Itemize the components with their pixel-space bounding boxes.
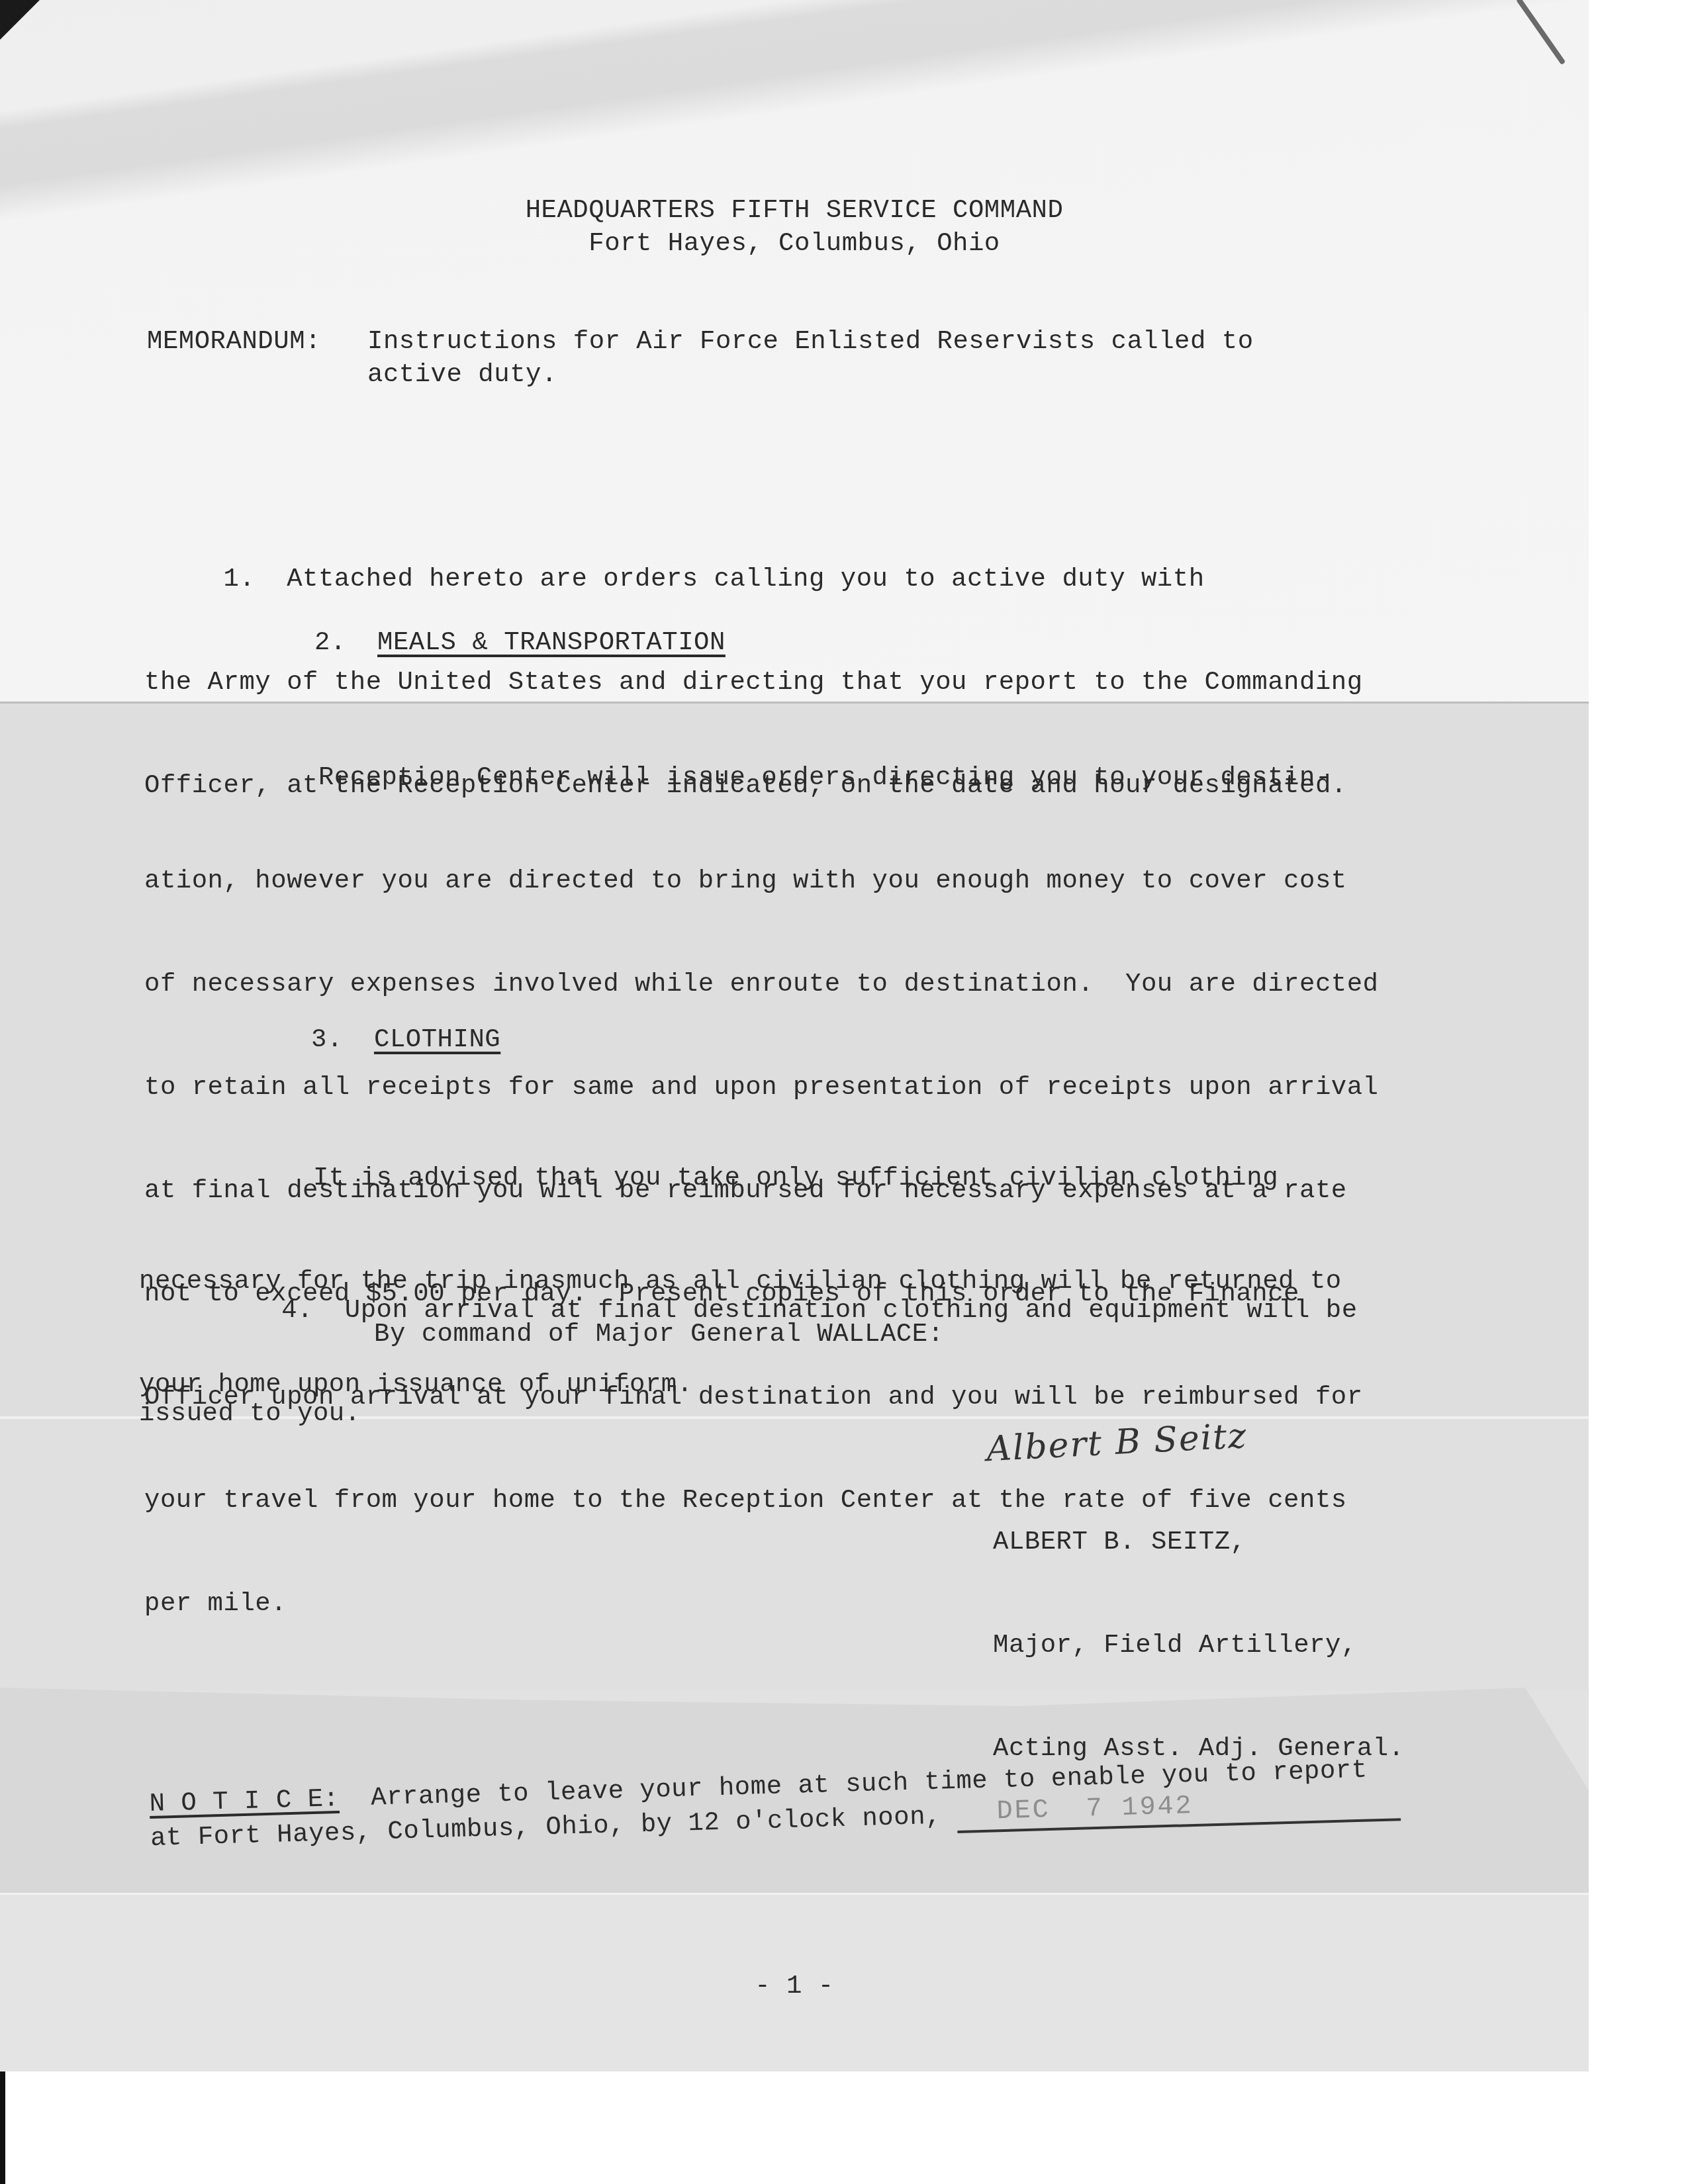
paragraph-2-line: of necessary expenses involved while enr… <box>144 967 1379 1001</box>
paragraph-3-number: 3. <box>311 1023 343 1057</box>
paragraph-1-line: 1. Attached hereto are orders calling yo… <box>144 562 1363 596</box>
paragraph-2-line: Reception Center will issue orders direc… <box>144 760 1379 795</box>
notice-label: N O T I C E: <box>149 1784 340 1819</box>
memo-label: MEMORANDUM: <box>147 324 321 359</box>
memo-subject-line-1: Instructions for Air Force Enlisted Rese… <box>367 324 1254 359</box>
command-line: By command of Major General WALLACE: <box>374 1317 944 1351</box>
paragraph-3-line: It is advised that you take only suffici… <box>139 1161 1342 1195</box>
paragraph-2-line: ation, however you are directed to bring… <box>144 864 1379 898</box>
scanner-edge <box>0 2071 5 2184</box>
paragraph-2-heading: MEALS & TRANSPORTATION <box>377 625 726 660</box>
paragraph-2-number: 2. <box>314 625 346 660</box>
page-number: - 1 - <box>0 1969 1589 2003</box>
signer-rank: Major, Field Artillery, <box>993 1628 1405 1662</box>
date-stamp: DEC 7 1942 <box>996 1790 1194 1829</box>
header-location: Fort Hayes, Columbus, Ohio <box>0 226 1589 261</box>
paragraph-3-heading: CLOTHING <box>374 1023 500 1057</box>
header-organization: HEADQUARTERS FIFTH SERVICE COMMAND <box>0 193 1589 228</box>
memo-subject-line-2: active duty. <box>367 357 557 392</box>
memo-page: HEADQUARTERS FIFTH SERVICE COMMAND Fort … <box>0 0 1589 2071</box>
signer-name: ALBERT B. SEITZ, <box>993 1525 1405 1559</box>
